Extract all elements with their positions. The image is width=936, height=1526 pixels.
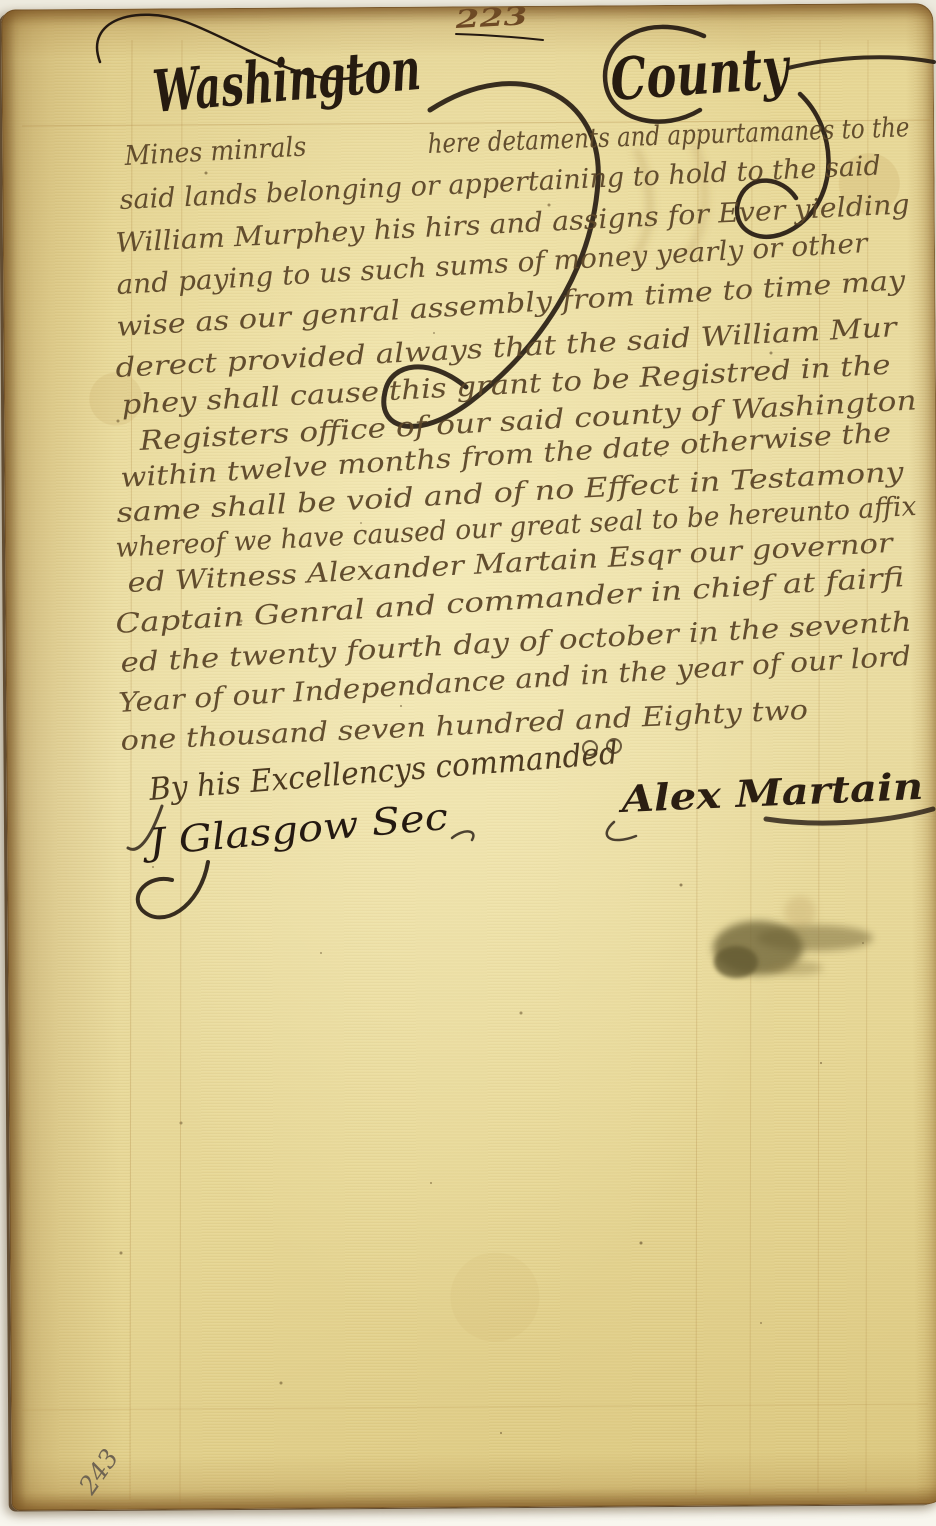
signature-lead-flourish	[607, 822, 636, 840]
page-number: 223	[453, 1, 528, 34]
heading-washington: Washington	[150, 35, 423, 126]
ruled-line-vertical	[130, 40, 132, 1500]
signature: Alex Martain	[617, 764, 924, 821]
page-number-underline	[456, 34, 543, 40]
scanned-document: 223 Washington County Mines minrals here…	[0, 0, 936, 1526]
corner-number: 243	[73, 1444, 125, 1501]
heading-county: County	[608, 33, 794, 113]
body-line: Mines minrals	[123, 132, 307, 173]
ink-layer: 223 Washington County Mines minrals here…	[0, 0, 936, 1526]
ink-stain	[713, 896, 873, 978]
secretary-descender-flourish	[138, 862, 208, 917]
secretary-line: J Glasgow Sec	[139, 795, 450, 865]
ruled-line-horizontal	[22, 1404, 928, 1410]
county-tail-flourish	[788, 57, 934, 68]
secretary-tail-flourish	[452, 831, 473, 840]
